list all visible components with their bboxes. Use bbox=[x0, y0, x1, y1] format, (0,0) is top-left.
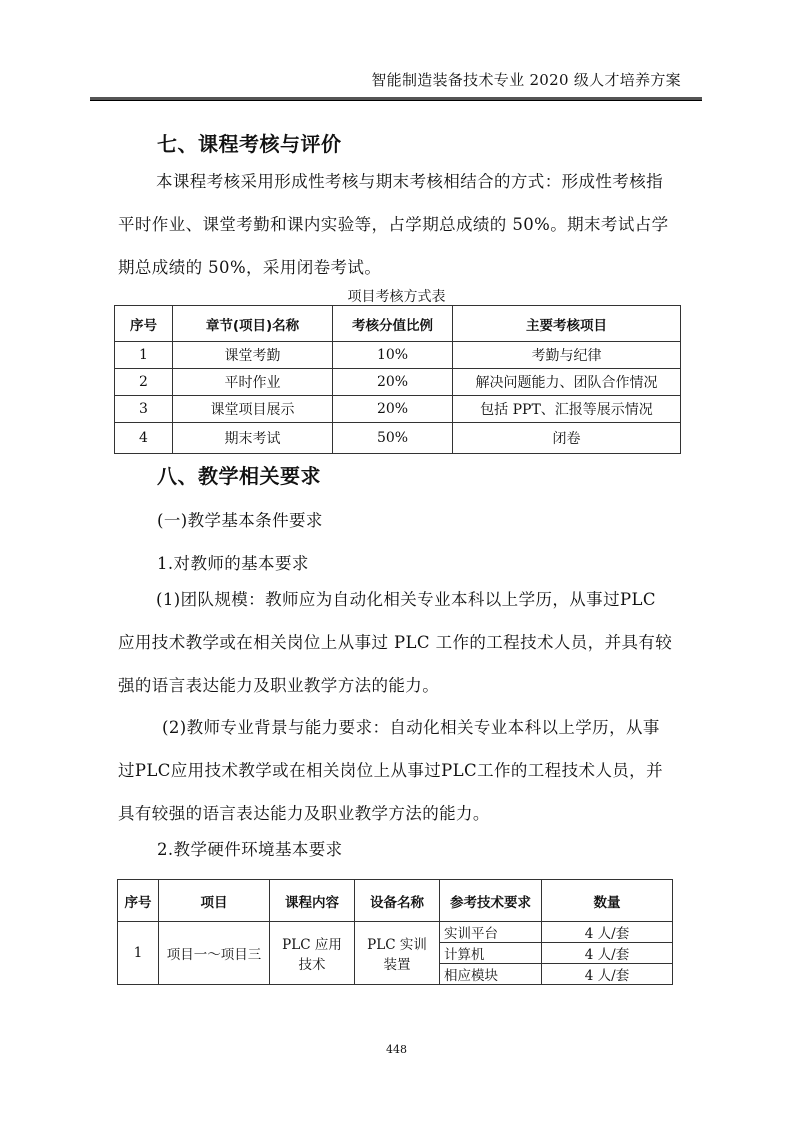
header-cell: 参考技术要求 bbox=[440, 880, 542, 922]
cell: 项目一～项目三 bbox=[159, 922, 270, 985]
cell: 4 人/套 bbox=[542, 922, 673, 943]
section-8-heading: 八、教学相关要求 bbox=[157, 460, 321, 489]
cell: 课堂项目展示 bbox=[173, 396, 333, 423]
cell: 4 bbox=[115, 423, 173, 454]
cell: 相应模块 bbox=[440, 964, 542, 985]
cell: 3 bbox=[115, 396, 173, 423]
subsection-heading: (一)教学基本条件要求 bbox=[157, 507, 323, 531]
header-cell: 序号 bbox=[118, 880, 159, 922]
cell: 2 bbox=[115, 369, 173, 396]
cell: 计算机 bbox=[440, 943, 542, 964]
cell: 考勤与纪律 bbox=[453, 342, 681, 369]
requirement-paragraph: (1)团队规模：教师应为自动化相关专业本科以上学历，从事过PLC 应用技术教学或… bbox=[118, 578, 674, 707]
section-7-paragraph: 本课程考核采用形成性考核与期末考核相结合的方式：形成性考核指平时作业、课堂考勤和… bbox=[118, 160, 674, 289]
header-cell: 数量 bbox=[542, 880, 673, 922]
running-header: 智能制造装备技术专业 2020 级人才培养方案 bbox=[371, 69, 681, 90]
table-header-row: 序号 章节(项目)名称 考核分值比例 主要考核项目 bbox=[115, 306, 681, 342]
cell: 平时作业 bbox=[173, 369, 333, 396]
cell: 20% bbox=[333, 369, 453, 396]
table-row: 3 课堂项目展示 20% 包括 PPT、汇报等展示情况 bbox=[115, 396, 681, 423]
cell: 10% bbox=[333, 342, 453, 369]
table-row: 2 平时作业 20% 解决问题能力、团队合作情况 bbox=[115, 369, 681, 396]
cell: 1 bbox=[118, 922, 159, 985]
table-row: 1 课堂考勤 10% 考勤与纪律 bbox=[115, 342, 681, 369]
table-header-row: 序号 项目 课程内容 设备名称 参考技术要求 数量 bbox=[118, 880, 673, 922]
cell: PLC 应用技术 bbox=[270, 922, 355, 985]
header-cell: 章节(项目)名称 bbox=[173, 306, 333, 342]
header-cell: 课程内容 bbox=[270, 880, 355, 922]
cell: 实训平台 bbox=[440, 922, 542, 943]
cell: 解决问题能力、团队合作情况 bbox=[453, 369, 681, 396]
table-caption: 项目考核方式表 bbox=[0, 286, 793, 306]
table-row: 1 项目一～项目三 PLC 应用技术 PLC 实训装置 实训平台 4 人/套 bbox=[118, 922, 673, 943]
subsection-heading: 1.对教师的基本要求 bbox=[157, 550, 309, 574]
table-row: 4 期末考试 50% 闭卷 bbox=[115, 423, 681, 454]
header-cell: 序号 bbox=[115, 306, 173, 342]
cell: 包括 PPT、汇报等展示情况 bbox=[453, 396, 681, 423]
header-cell: 主要考核项目 bbox=[453, 306, 681, 342]
cell: 20% bbox=[333, 396, 453, 423]
header-divider bbox=[90, 97, 702, 101]
header-cell: 考核分值比例 bbox=[333, 306, 453, 342]
header-cell: 设备名称 bbox=[355, 880, 440, 922]
header-cell: 项目 bbox=[159, 880, 270, 922]
section-7-heading: 七、课程考核与评价 bbox=[157, 128, 342, 157]
cell: PLC 实训装置 bbox=[355, 922, 440, 985]
assessment-table: 序号 章节(项目)名称 考核分值比例 主要考核项目 1 课堂考勤 10% 考勤与… bbox=[114, 305, 681, 454]
cell: 课堂考勤 bbox=[173, 342, 333, 369]
requirement-paragraph: (2)教师专业背景与能力要求：自动化相关专业本科以上学历，从事过PLC应用技术教… bbox=[118, 706, 674, 835]
cell: 期末考试 bbox=[173, 423, 333, 454]
cell: 4 人/套 bbox=[542, 943, 673, 964]
cell: 1 bbox=[115, 342, 173, 369]
page-number: 448 bbox=[0, 1043, 793, 1056]
cell: 4 人/套 bbox=[542, 964, 673, 985]
cell: 50% bbox=[333, 423, 453, 454]
subsection-heading: 2.教学硬件环境基本要求 bbox=[157, 836, 343, 860]
cell: 闭卷 bbox=[453, 423, 681, 454]
hardware-table: 序号 项目 课程内容 设备名称 参考技术要求 数量 1 项目一～项目三 PLC … bbox=[117, 879, 673, 985]
